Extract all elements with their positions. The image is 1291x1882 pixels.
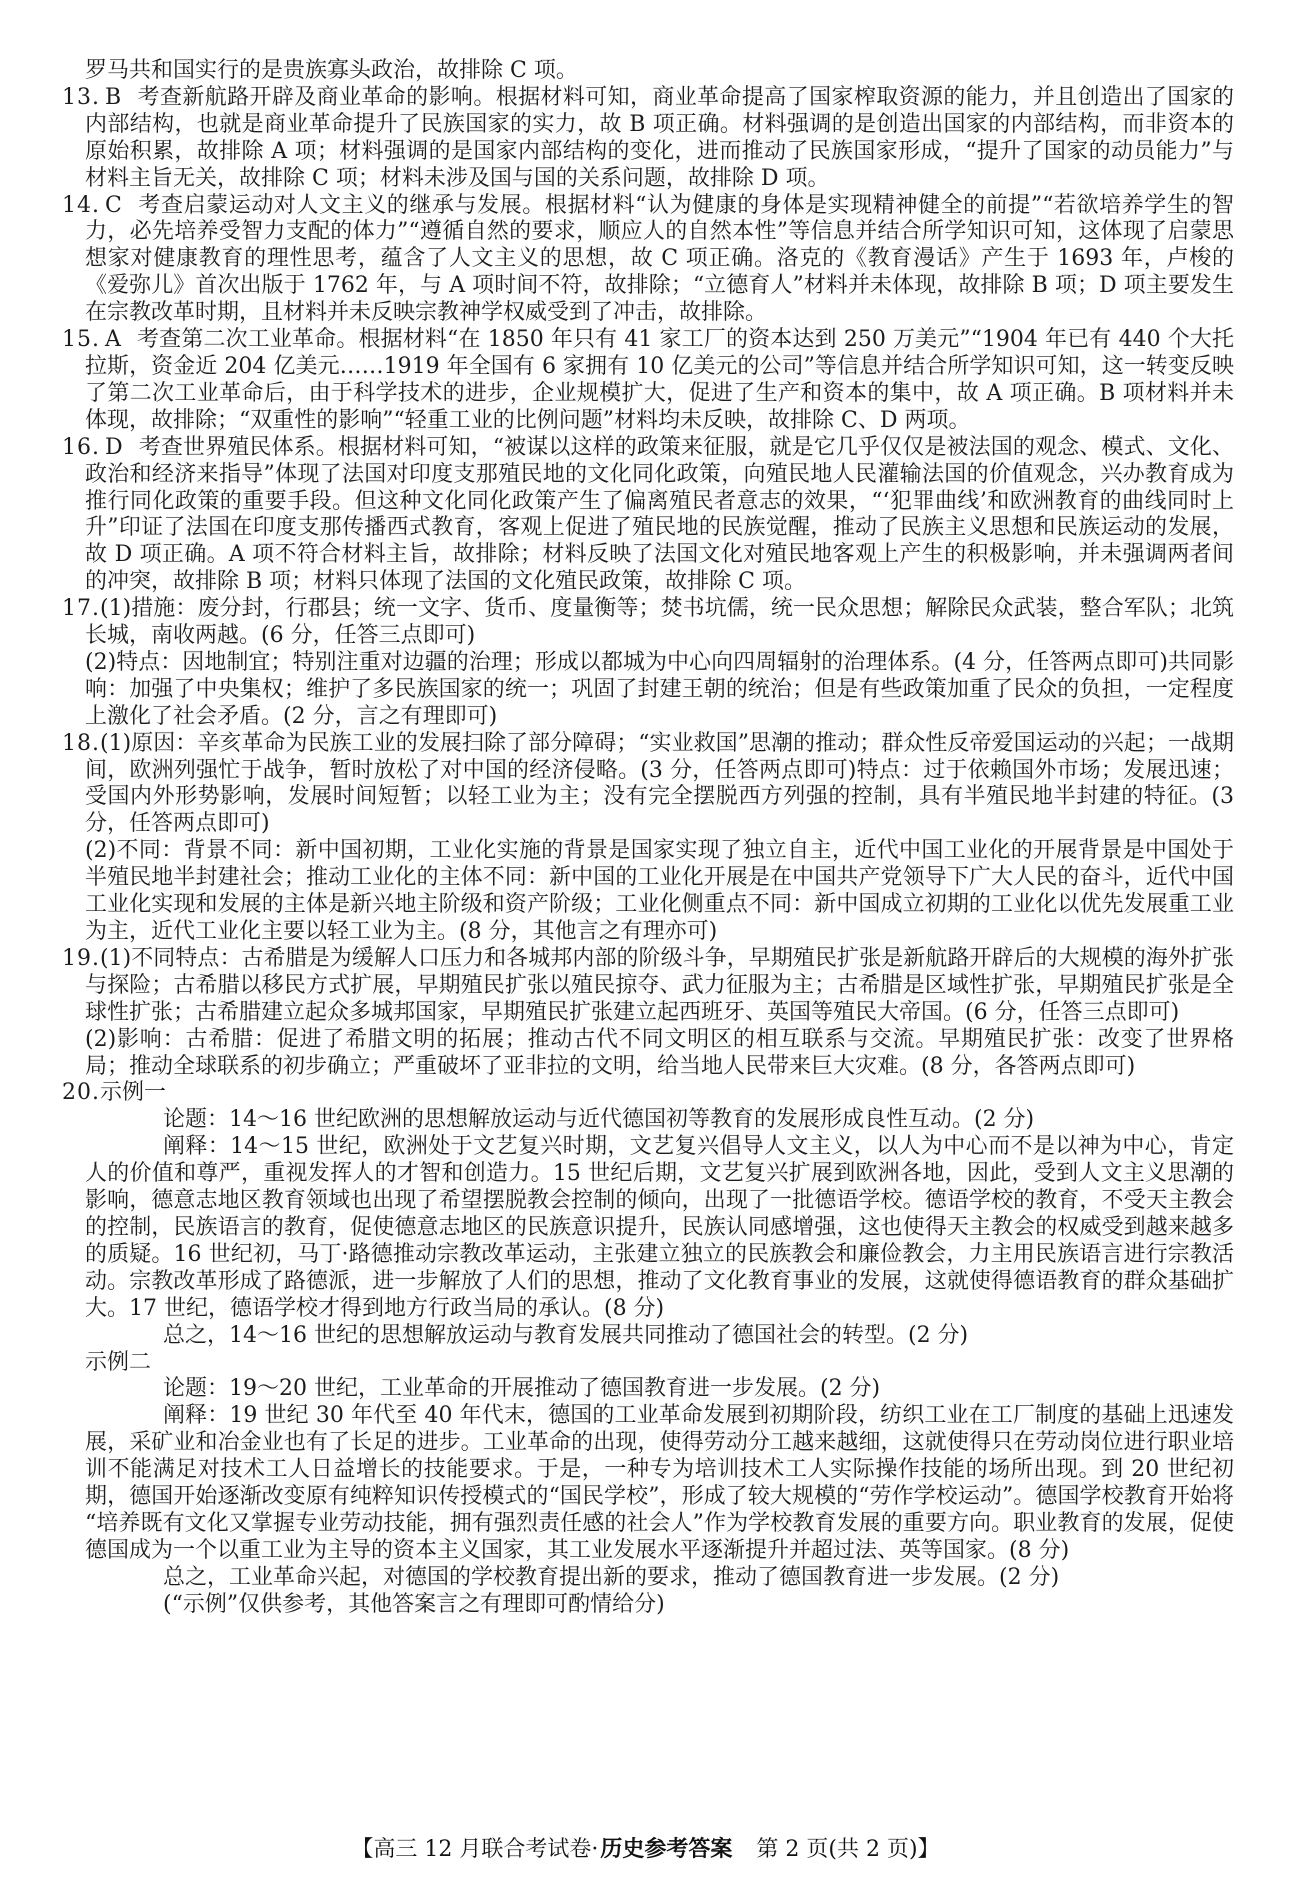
item-20-example2-conclusion: 总之，工业革命兴起，对德国的学校教育提出新的要求，推动了德国教育进一步发展。(2…: [62, 1565, 1234, 1592]
item-number: 13.: [62, 85, 100, 110]
paragraph-text: 考查世界殖民体系。根据材料可知，“被谋以这样的政策来征服，就是它几乎仅仅是被法国…: [85, 435, 1234, 595]
item-number: 20.: [62, 1080, 100, 1105]
item-19-part2: (2)影响：古希腊：促进了希腊文明的拓展；推动古代不同文明区的相互联系与交流。早…: [62, 1027, 1234, 1081]
item-20-example1-conclusion: 总之，14～16 世纪的思想解放运动与教育发展共同推动了德国社会的转型。(2 分…: [62, 1323, 1234, 1350]
paragraph-text: 示例一: [100, 1080, 166, 1105]
footer-exam-name: 【高三 12 月联合考试卷·: [351, 1837, 598, 1862]
paragraph-text: 总之，14～16 世纪的思想解放运动与教育发展共同推动了德国社会的转型。(2 分…: [163, 1323, 968, 1348]
item-17-part2: (2)特点：因地制宜；特别注重对边疆的治理；形成以都城为中心向四周辐射的治理体系…: [62, 650, 1234, 731]
item-20-example2-heading: 示例二: [62, 1350, 1234, 1377]
item-20-example2-thesis: 论题：19～20 世纪，工业革命的开展推动了德国教育进一步发展。(2 分): [62, 1376, 1234, 1403]
item-20-example1-heading: 20.示例一: [62, 1080, 1234, 1107]
item-answer-letter: D: [105, 435, 123, 460]
item-18-part1: 18.(1)原因：辛亥革命为民族工业的发展扫除了部分障碍；“实业救国”思潮的推动…: [62, 731, 1234, 839]
paragraph-text: 论题：19～20 世纪，工业革命的开展推动了德国教育进一步发展。(2 分): [163, 1376, 880, 1401]
item-20-example1-explanation: 阐释：14～15 世纪，欧洲处于文艺复兴时期，文艺复兴倡导人文主义，以人为中心而…: [62, 1134, 1234, 1322]
item-20-note: (“示例”仅供参考，其他答案言之有理即可酌情给分): [62, 1592, 1234, 1619]
item-18-part2: (2)不同：背景不同：新中国初期，工业化实施的背景是国家实现了独立自主，近代中国…: [62, 838, 1234, 946]
answers-content: 罗马共和国实行的是贵族寡头政治，故排除 C 项。13.B考查新航路开辟及商业革命…: [62, 58, 1234, 1619]
item-14: 14.C考查启蒙运动对人文主义的继承与发展。根据材料“认为健康的身体是实现精神健…: [62, 193, 1234, 328]
paragraph-text: 考查第二次工业革命。根据材料“在 1850 年只有 41 家工厂的资本达到 25…: [85, 327, 1234, 433]
item-16: 16.D考查世界殖民体系。根据材料可知，“被谋以这样的政策来征服，就是它几乎仅仅…: [62, 435, 1234, 596]
paragraph-text: 论题：14～16 世纪欧洲的思想解放运动与近代德国初等教育的发展形成良性互动。(…: [163, 1107, 1034, 1132]
footer-page-number: 第 2 页(共 2 页)】: [756, 1837, 939, 1862]
paragraph-text: 罗马共和国实行的是贵族寡头政治，故排除 C 项。: [85, 58, 578, 83]
paragraph-text: 总之，工业革命兴起，对德国的学校教育提出新的要求，推动了德国教育进一步发展。(2…: [163, 1565, 1059, 1590]
paragraph-text: (1)措施：废分封，行郡县；统一文字、货币、度量衡等；焚书坑儒，统一民众思想；解…: [85, 596, 1234, 648]
paragraph-text: 考查启蒙运动对人文主义的继承与发展。根据材料“认为健康的身体是实现精神健全的前提…: [85, 193, 1234, 326]
item-answer-letter: B: [105, 85, 121, 110]
paragraph-text: (1)不同特点：古希腊是为缓解人口压力和各城邦内部的阶级斗争，早期殖民扩张是新航…: [85, 946, 1234, 1025]
page-footer: 【高三 12 月联合考试卷·历史参考答案第 2 页(共 2 页)】: [0, 1832, 1291, 1863]
footer-subject-title: 历史参考答案: [600, 1837, 732, 1862]
item-answer-letter: A: [105, 327, 121, 352]
paragraph-text: 阐释：14～15 世纪，欧洲处于文艺复兴时期，文艺复兴倡导人文主义，以人为中心而…: [85, 1134, 1234, 1320]
item-20-example1-thesis: 论题：14～16 世纪欧洲的思想解放运动与近代德国初等教育的发展形成良性互动。(…: [62, 1107, 1234, 1134]
item-number: 16.: [62, 435, 100, 460]
item-number: 18.: [62, 731, 100, 756]
item-19-part1: 19.(1)不同特点：古希腊是为缓解人口压力和各城邦内部的阶级斗争，早期殖民扩张…: [62, 946, 1234, 1027]
paragraph-text: (1)原因：辛亥革命为民族工业的发展扫除了部分障碍；“实业救国”思潮的推动；群众…: [85, 731, 1234, 837]
item-15: 15.A考查第二次工业革命。根据材料“在 1850 年只有 41 家工厂的资本达…: [62, 327, 1234, 435]
item-12-continuation: 罗马共和国实行的是贵族寡头政治，故排除 C 项。: [62, 58, 1234, 85]
item-20-example2-explanation: 阐释：19 世纪 30 年代至 40 年代末，德国的工业革命发展到初期阶段，纺织…: [62, 1403, 1234, 1564]
item-number: 19.: [62, 946, 100, 971]
item-number: 14.: [62, 193, 100, 218]
item-13: 13.B考查新航路开辟及商业革命的影响。根据材料可知，商业革命提高了国家榨取资源…: [62, 85, 1234, 193]
paragraph-text: 示例二: [85, 1350, 151, 1375]
item-17-part1: 17.(1)措施：废分封，行郡县；统一文字、货币、度量衡等；焚书坑儒，统一民众思…: [62, 596, 1234, 650]
item-answer-letter: C: [105, 193, 122, 218]
paragraph-text: (“示例”仅供参考，其他答案言之有理即可酌情给分): [163, 1592, 665, 1617]
paragraph-text: (2)影响：古希腊：促进了希腊文明的拓展；推动古代不同文明区的相互联系与交流。早…: [85, 1027, 1234, 1079]
paragraph-text: 阐释：19 世纪 30 年代至 40 年代末，德国的工业革命发展到初期阶段，纺织…: [85, 1403, 1234, 1563]
paragraph-text: (2)不同：背景不同：新中国初期，工业化实施的背景是国家实现了独立自主，近代中国…: [85, 838, 1234, 944]
paragraph-text: 考查新航路开辟及商业革命的影响。根据材料可知，商业革命提高了国家榨取资源的能力，…: [85, 85, 1234, 191]
item-number: 15.: [62, 327, 100, 352]
paragraph-text: (2)特点：因地制宜；特别注重对边疆的治理；形成以都城为中心向四周辐射的治理体系…: [85, 650, 1234, 729]
item-number: 17.: [62, 596, 100, 621]
